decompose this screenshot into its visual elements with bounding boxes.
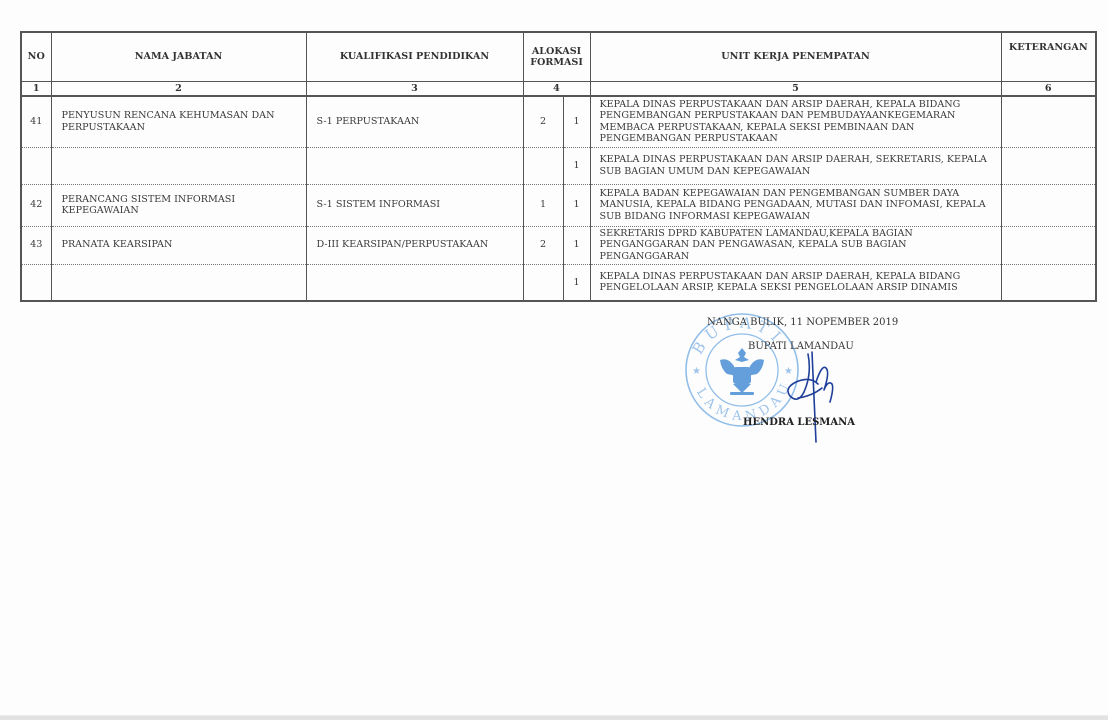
cell-no: 42 [21, 184, 51, 226]
header-kualifikasi: KUALIFIKASI PENDIDIKAN [306, 32, 523, 82]
header-no: NO [21, 32, 51, 82]
cell-nama-jabatan [51, 264, 306, 301]
cell-unit-kerja: KEPALA DINAS PERPUSTAKAAN DAN ARSIP DAER… [590, 264, 1001, 301]
cell-alokasi-unit: 1 [563, 226, 590, 264]
page-bottom-edge [0, 715, 1108, 720]
cell-alokasi-total: 2 [523, 226, 563, 264]
cell-alokasi-unit: 1 [563, 96, 590, 147]
cell-no: 43 [21, 226, 51, 264]
cell-keterangan [1001, 96, 1096, 147]
cell-kualifikasi: D-III KEARSIPAN/PERPUSTAKAAN [306, 226, 523, 264]
column-number: 5 [590, 82, 1001, 97]
table-row: 42 PERANCANG SISTEM INFORMASI KEPEGAWAIA… [21, 184, 1096, 226]
column-number: 4 [523, 82, 590, 97]
cell-keterangan [1001, 226, 1096, 264]
document-page: NO NAMA JABATAN KUALIFIKASI PENDIDIKAN A… [0, 0, 1108, 720]
official-stamp-icon: BUPATI LAMANDAU ★ ★ [680, 312, 920, 462]
column-number: 3 [306, 82, 523, 97]
svg-text:★: ★ [784, 366, 793, 377]
cell-no [21, 147, 51, 184]
header-nama-jabatan: NAMA JABATAN [51, 32, 306, 82]
table-row: 1 KEPALA DINAS PERPUSTAKAAN DAN ARSIP DA… [21, 264, 1096, 301]
header-alokasi-formasi: ALOKASI FORMASI [523, 32, 590, 82]
cell-kualifikasi [306, 147, 523, 184]
cell-kualifikasi: S-1 PERPUSTAKAAN [306, 96, 523, 147]
cell-nama-jabatan: PRANATA KEARSIPAN [51, 226, 306, 264]
cell-no: 41 [21, 96, 51, 147]
header-unit-kerja: UNIT KERJA PENEMPATAN [590, 32, 1001, 82]
table-row: 41 PENYUSUN RENCANA KEHUMASAN DAN PERPUS… [21, 96, 1096, 147]
column-number: 2 [51, 82, 306, 97]
cell-kualifikasi [306, 264, 523, 301]
signature-block: BUPATI LAMANDAU ★ ★ [680, 312, 920, 462]
header-keterangan: KETERANGAN [1001, 32, 1096, 82]
cell-keterangan [1001, 147, 1096, 184]
cell-alokasi-total [523, 147, 563, 184]
cell-alokasi-unit: 1 [563, 147, 590, 184]
cell-unit-kerja: SEKRETARIS DPRD KABUPATEN LAMANDAU,KEPAL… [590, 226, 1001, 264]
cell-no [21, 264, 51, 301]
cell-alokasi-total: 2 [523, 96, 563, 147]
signatory-name: HENDRA LESMANA [743, 417, 855, 428]
cell-alokasi-unit: 1 [563, 184, 590, 226]
column-number: 1 [21, 82, 51, 97]
column-number: 6 [1001, 82, 1096, 97]
place-date: NANGA BULIK, 11 NOPEMBER 2019 [707, 317, 898, 328]
table-row: 1 KEPALA DINAS PERPUSTAKAAN DAN ARSIP DA… [21, 147, 1096, 184]
cell-unit-kerja: KEPALA DINAS PERPUSTAKAAN DAN ARSIP DAER… [590, 147, 1001, 184]
cell-alokasi-total [523, 264, 563, 301]
header-alokasi-line1: ALOKASI [524, 46, 590, 58]
cell-keterangan [1001, 184, 1096, 226]
header-alokasi-line2: FORMASI [524, 57, 590, 69]
table-row: 43 PRANATA KEARSIPAN D-III KEARSIPAN/PER… [21, 226, 1096, 264]
garuda-icon [720, 348, 764, 395]
cell-nama-jabatan: PENYUSUN RENCANA KEHUMASAN DAN PERPUSTAK… [51, 96, 306, 147]
cell-alokasi-unit: 1 [563, 264, 590, 301]
signatory-title: BUPATI LAMANDAU [748, 341, 854, 352]
cell-unit-kerja: KEPALA BADAN KEPEGAWAIAN DAN PENGEMBANGA… [590, 184, 1001, 226]
cell-kualifikasi: S-1 SISTEM INFORMASI [306, 184, 523, 226]
cell-unit-kerja: KEPALA DINAS PERPUSTAKAAN DAN ARSIP DAER… [590, 96, 1001, 147]
header-row: NO NAMA JABATAN KUALIFIKASI PENDIDIKAN A… [21, 32, 1096, 82]
handwritten-signature-icon [788, 352, 833, 442]
cell-keterangan [1001, 264, 1096, 301]
cell-alokasi-total: 1 [523, 184, 563, 226]
cell-nama-jabatan: PERANCANG SISTEM INFORMASI KEPEGAWAIAN [51, 184, 306, 226]
svg-text:★: ★ [692, 366, 701, 377]
cell-nama-jabatan [51, 147, 306, 184]
formasi-table: NO NAMA JABATAN KUALIFIKASI PENDIDIKAN A… [20, 31, 1097, 302]
column-number-row: 1 2 3 4 5 6 [21, 82, 1096, 97]
